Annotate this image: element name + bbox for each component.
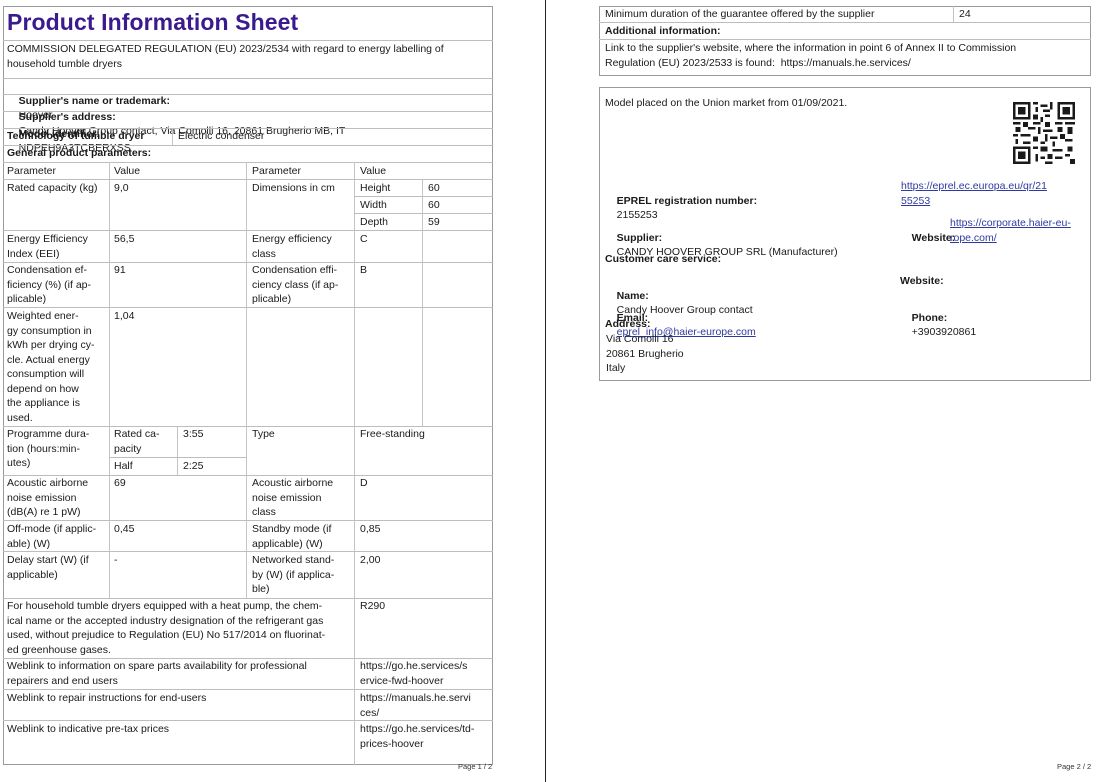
website-label: Website: xyxy=(912,232,956,244)
condensation-efficiency-value: 91 xyxy=(114,263,126,278)
condensation-class-value: B xyxy=(360,263,367,278)
depth-label: Depth xyxy=(360,215,388,230)
noise-class-label: Acoustic airborne noise emission class xyxy=(252,476,333,520)
type-value: Free-standing xyxy=(360,427,425,442)
page-number-2: Page 2 / 2 xyxy=(1057,760,1091,775)
width-label: Width xyxy=(360,198,387,213)
page-title: Product Information Sheet xyxy=(7,8,298,36)
type-label: Type xyxy=(252,427,275,442)
noise-value: 69 xyxy=(114,476,126,491)
website-link[interactable]: https://corporate.haier-eu- rope.com/ xyxy=(950,216,1071,245)
noise-label: Acoustic airborne noise emission (dB(A) … xyxy=(7,476,88,520)
pretax-prices-label: Weblink to indicative pre-tax prices xyxy=(7,722,169,737)
programme-half-label: Half xyxy=(114,459,133,474)
header-parameter-1: Parameter xyxy=(7,164,56,179)
supplier-label: Supplier: xyxy=(617,232,663,244)
repair-instructions-label: Weblink to repair instructions for end-u… xyxy=(7,691,206,706)
page-number-1: Page 1 / 2 xyxy=(458,760,492,775)
eei-value: 56,5 xyxy=(114,232,134,247)
height-value: 60 xyxy=(428,181,440,196)
guarantee-label: Minimum duration of the guarantee offere… xyxy=(605,7,874,22)
customer-care-label: Customer care service: xyxy=(605,252,721,267)
delay-start-value: - xyxy=(114,553,118,568)
off-mode-label: Off-mode (if applic- able) (W) xyxy=(7,522,96,551)
additional-info-label: Additional information: xyxy=(605,24,721,39)
weighted-energy-value: 1,04 xyxy=(114,309,134,324)
off-mode-value: 0,45 xyxy=(114,522,134,537)
guarantee-value: 24 xyxy=(959,7,971,22)
pretax-prices-link[interactable]: https://go.he.services/td- prices-hoover xyxy=(360,722,474,751)
condensation-efficiency-label: Condensation ef- ficiency (%) (if ap- pl… xyxy=(7,263,91,307)
cc-address-label: Address: xyxy=(605,317,651,332)
eei-label: Energy Efficiency Index (EEI) xyxy=(7,232,88,261)
networked-standby-value: 2,00 xyxy=(360,553,380,568)
noise-class-value: D xyxy=(360,476,368,491)
market-date-text: Model placed on the Union market from 01… xyxy=(605,96,847,111)
rated-capacity-value: 9,0 xyxy=(114,181,129,196)
page-divider xyxy=(545,0,546,782)
spare-parts-label: Weblink to information on spare parts av… xyxy=(7,659,307,688)
height-label: Height xyxy=(360,181,390,196)
refrigerant-label: For household tumble dryers equipped wit… xyxy=(7,599,325,657)
general-params-label: General product parameters: xyxy=(7,146,151,161)
header-parameter-2: Parameter xyxy=(252,164,301,179)
programme-half-value: 2:25 xyxy=(183,459,203,474)
cc-phone-row: Phone: +3903920861 xyxy=(900,296,976,354)
depth-value: 59 xyxy=(428,215,440,230)
programme-rated-label: Rated ca- pacity xyxy=(114,427,160,456)
weighted-energy-label: Weighted ener- gy consumption in kWh per… xyxy=(7,309,95,425)
header-value-1: Value xyxy=(114,164,140,179)
additional-info-text: Link to the supplier's website, where th… xyxy=(605,41,1016,70)
technology-value: Electric condenser xyxy=(178,129,264,144)
energy-class-label: Energy efficiency class xyxy=(252,232,332,261)
eprel-link[interactable]: https://eprel.ec.europa.eu/qr/21 55253 xyxy=(901,179,1047,208)
qr-code-icon[interactable] xyxy=(1013,102,1075,164)
dimensions-label: Dimensions in cm xyxy=(252,181,335,196)
cc-phone-label: Phone: xyxy=(912,312,948,324)
rated-capacity-label: Rated capacity (kg) xyxy=(7,181,97,196)
delay-start-label: Delay start (W) (if applicable) xyxy=(7,553,89,582)
cc-phone-value: +3903920861 xyxy=(912,326,977,338)
spare-parts-link[interactable]: https://go.he.services/s ervice-fwd-hoov… xyxy=(360,659,467,688)
networked-standby-label: Networked stand- by (W) (if applica- ble… xyxy=(252,553,334,597)
eprel-label: EPREL registration number: xyxy=(617,195,757,207)
width-value: 60 xyxy=(428,198,440,213)
programme-rated-value: 3:55 xyxy=(183,427,203,442)
standby-label: Standby mode (if applicable) (W) xyxy=(252,522,331,551)
regulation-text: COMMISSION DELEGATED REGULATION (EU) 202… xyxy=(7,42,444,71)
cc-address-value: Via Comolli 16 20861 Brugherio Italy xyxy=(606,332,684,376)
energy-class-value: C xyxy=(360,232,368,247)
repair-instructions-link[interactable]: https://manuals.he.servi ces/ xyxy=(360,691,471,720)
programme-duration-label: Programme dura- tion (hours:min- utes) xyxy=(7,427,89,471)
condensation-class-label: Condensation effi- ciency class (if ap- … xyxy=(252,263,338,307)
refrigerant-value: R290 xyxy=(360,599,385,614)
technology-label: Technology of tumble dryer xyxy=(7,129,144,144)
standby-value: 0,85 xyxy=(360,522,380,537)
header-value-2: Value xyxy=(360,164,386,179)
website-row: Website: xyxy=(900,216,955,260)
cc-website-label: Website: xyxy=(900,274,944,289)
